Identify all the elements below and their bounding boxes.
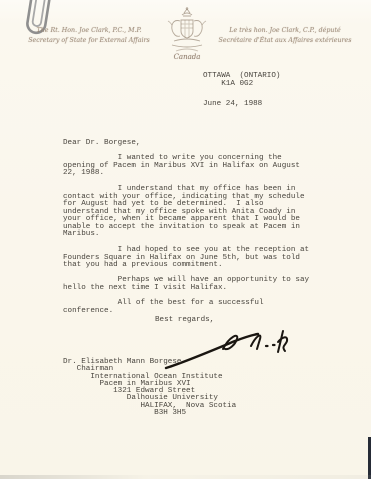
recipient-block: Dr. Elisabeth Mann Borgese Chairman Inte…: [63, 359, 236, 417]
letterhead-left-line2: Secretary of State for External Affairs: [10, 35, 168, 45]
origin-address: OTTAWA (ONTARIO) K1A 0G2: [203, 72, 280, 88]
letterhead-left-line1: The Rt. Hon. Joe Clark, P.C., M.P.: [10, 26, 168, 36]
letterhead-right-line1: Le très hon. Joe Clark, C.P., député: [206, 26, 364, 36]
body-paragraph-5: All of the best for a successful confere…: [63, 300, 264, 315]
body-paragraph-4: Perhaps we will have an opportunity to s…: [63, 277, 309, 292]
canada-wordmark: Canada: [160, 53, 214, 61]
canada-coat-of-arms-icon: [164, 7, 210, 55]
body-paragraph-1: I wanted to write you concerning the ope…: [63, 155, 300, 178]
body-paragraph-2: I understand that my office has been in …: [63, 186, 305, 239]
letterhead-left-en: The Rt. Hon. Joe Clark, P.C., M.P. Secre…: [10, 26, 168, 45]
salutation: Dear Dr. Borgese,: [63, 140, 140, 148]
letterhead-right-line2: Secrétaire d'État aux Affaires extérieur…: [206, 35, 364, 45]
letter-page: The Rt. Hon. Joe Clark, P.C., M.P. Secre…: [0, 0, 371, 479]
closing-line: Best regards,: [155, 317, 214, 325]
body-paragraph-3: I had hoped to see you at the reception …: [63, 247, 309, 270]
letterhead-right-fr: Le très hon. Joe Clark, C.P., député Sec…: [206, 26, 364, 45]
date-line: June 24, 1988: [203, 101, 262, 109]
scan-bottom-shadow: [0, 475, 371, 479]
